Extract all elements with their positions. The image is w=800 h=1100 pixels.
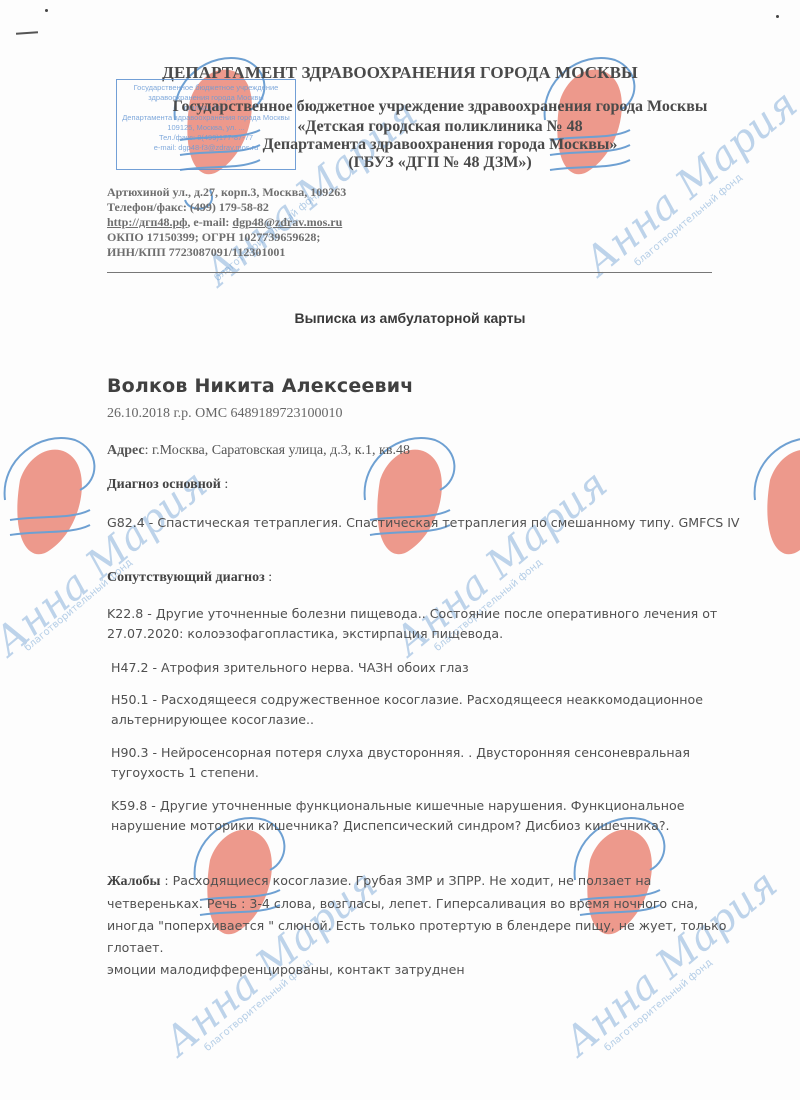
address-value: : г.Москва, Саратовская улица, д.3, к.1,… xyxy=(145,443,410,458)
institution-name-line: «Детская городская поликлиника № 48 xyxy=(160,118,720,136)
diagnosis-item: K22.8 - Другие уточненные болезни пищево… xyxy=(107,604,747,644)
complaints-text: : Расходящиеся косоглазие. Грубая ЗМР и … xyxy=(107,873,726,955)
watermark-logo-icon xyxy=(730,420,800,600)
diagnosis-item: H47.2 - Атрофия зрительного нерва. ЧАЗН … xyxy=(111,658,751,678)
institution-contacts: Артюхиной ул., д.27, корп.3, Москва, 109… xyxy=(107,185,346,260)
scanned-document-page: Анна Мария благотворительный фонд Анна М… xyxy=(0,0,800,1100)
diagnosis-item: K59.8 - Другие уточненные функциональные… xyxy=(111,796,751,836)
patient-address: Адрес: г.Москва, Саратовская улица, д.3,… xyxy=(107,443,410,459)
diagnosis-item: H50.1 - Расходящееся содружественное кос… xyxy=(111,690,751,730)
institution-name-line: Государственное бюджетное учреждение здр… xyxy=(160,98,720,116)
contact-inn-kpp: ИНН/КПП 7723087091/112301001 xyxy=(107,245,346,260)
complaints-section: Жалобы : Расходящиеся косоглазие. Грубая… xyxy=(107,870,747,981)
label-colon: : xyxy=(265,570,272,585)
email-label: , e-mail: xyxy=(187,215,232,229)
header-divider xyxy=(107,272,712,273)
institution-name-line: Департамента здравоохранения города Моск… xyxy=(160,136,720,154)
institution-short-name: (ГБУЗ «ДГП № 48 ДЗМ») xyxy=(160,154,720,172)
stamp-line: Государственное бюджетное учреждение xyxy=(117,83,295,93)
contact-phone: Телефон/факс: (499) 179-58-82 xyxy=(107,200,346,215)
complaints-label: Жалобы xyxy=(107,874,160,889)
address-label: Адрес xyxy=(107,443,145,458)
scan-artifact-dot xyxy=(776,15,779,18)
label-text: Диагноз основной xyxy=(107,477,221,492)
complaints-extra: эмоции малодифференцированы, контакт зат… xyxy=(107,959,747,981)
contact-okpo-ogrn: ОКПО 17150399; ОГРН 1027739659628; xyxy=(107,230,346,245)
document-title: Выписка из амбулаторной карты xyxy=(0,310,800,326)
contact-address: Артюхиной ул., д.27, корп.3, Москва, 109… xyxy=(107,185,346,200)
patient-name: Волков Никита Алексеевич xyxy=(107,375,414,397)
main-diagnosis-label: Диагноз основной : xyxy=(107,477,228,493)
contact-web-email: http://дгп48.рф, e-mail: dgp48@zdrav.mos… xyxy=(107,215,346,230)
website-link[interactable]: http://дгп48.рф xyxy=(107,215,187,229)
scan-artifact-dot xyxy=(45,9,48,12)
scan-artifact-dash xyxy=(16,31,38,35)
label-colon: : xyxy=(221,477,228,492)
main-diagnosis-text: G82.4 - Спастическая тетраплегия. Спасти… xyxy=(107,513,747,533)
label-text: Сопутствующий диагноз xyxy=(107,570,265,585)
email-link[interactable]: dgp48@zdrav.mos.ru xyxy=(232,215,342,229)
concomitant-diagnosis-label: Сопутствующий диагноз : xyxy=(107,570,272,586)
patient-dob-oms: 26.10.2018 г.р. ОМС 6489189723100010 xyxy=(107,406,343,422)
diagnosis-item: H90.3 - Нейросенсорная потеря слуха двус… xyxy=(111,743,751,783)
